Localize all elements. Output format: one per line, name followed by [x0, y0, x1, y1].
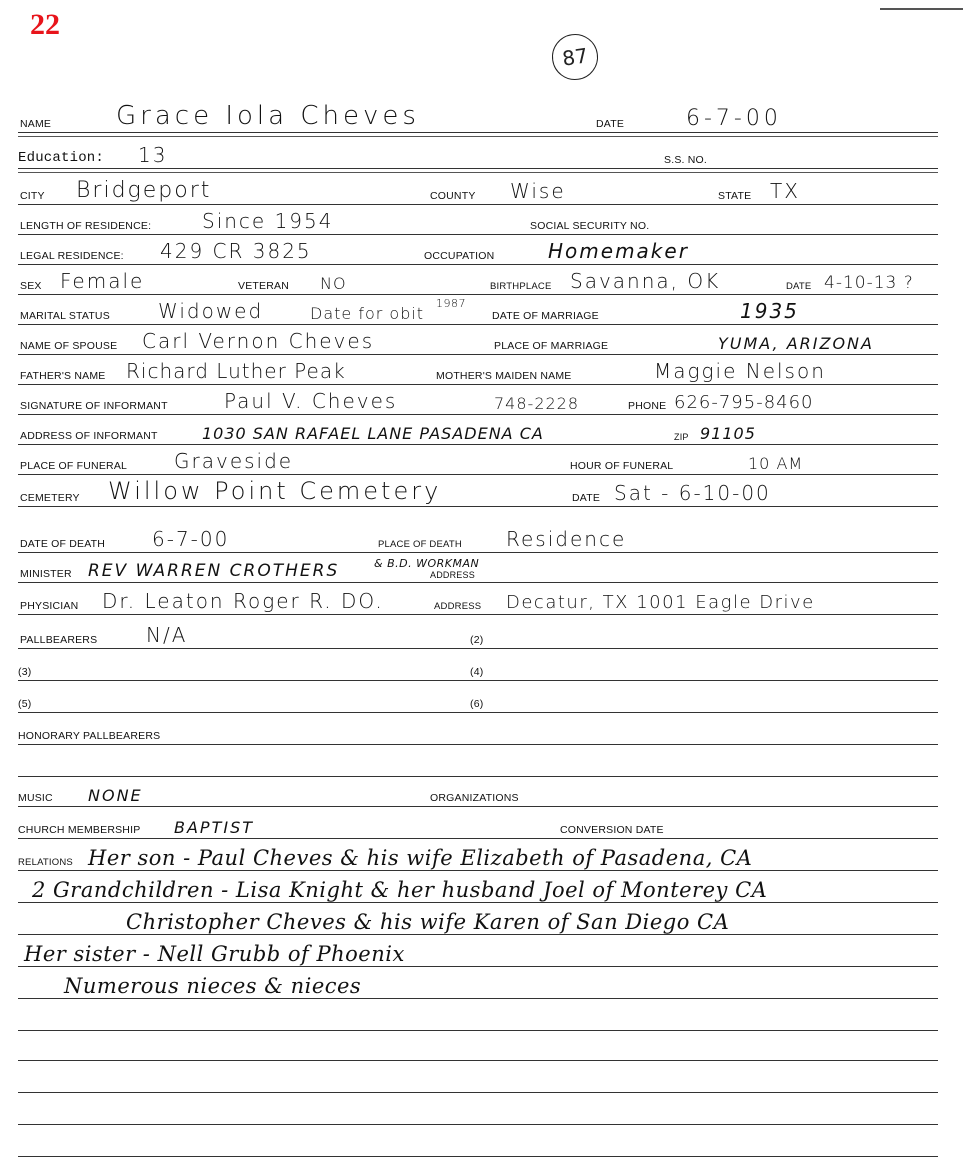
place-of-funeral-label: PLACE OF FUNERAL [20, 460, 127, 472]
organizations-label: ORGANIZATIONS [430, 792, 519, 804]
date-label: DATE [596, 118, 624, 130]
row-spouse: NAME OF SPOUSE Carl Vernon Cheves PLACE … [18, 326, 938, 355]
minister-address-label: ADDRESS [430, 570, 475, 580]
ss-no-label: S.S. NO. [664, 154, 707, 166]
informant-extra-phone: 748-2228 [494, 394, 579, 413]
relations-line-5[interactable]: Numerous nieces & nieces [64, 974, 361, 998]
education-field[interactable]: 13 [138, 143, 167, 167]
place-of-death-label: PLACE OF DEATH [378, 539, 462, 550]
social-security-label: SOCIAL SECURITY NO. [530, 220, 649, 232]
marital-status-field[interactable]: Widowed [158, 299, 263, 323]
place-of-funeral-field[interactable]: Graveside [174, 449, 293, 473]
spouse-label: NAME OF SPOUSE [20, 340, 117, 352]
pallbearer-4-label: (4) [470, 666, 483, 678]
relations-label: RELATIONS [18, 857, 73, 868]
pallbearer-1-field[interactable]: N/A [146, 623, 187, 647]
pallbearer-6-label: (6) [470, 698, 483, 710]
circled-record-number: 87 [549, 31, 601, 83]
pallbearer-3-label: (3) [18, 666, 31, 678]
row-name: NAME Grace Iola Cheves DATE 6-7-00 [18, 104, 938, 133]
name-field[interactable]: Grace Iola Cheves [116, 101, 420, 131]
place-of-death-field[interactable]: Residence [506, 527, 626, 551]
row-relations-2: 2 Grandchildren - Lisa Knight & her husb… [18, 874, 938, 903]
length-of-residence-field[interactable]: Since 1954 [202, 209, 333, 233]
education-label: Education: [18, 150, 104, 166]
city-field[interactable]: Bridgeport [76, 178, 211, 203]
row-pallbearers: PALLBEARERS N/A (2) [18, 620, 938, 649]
spouse-field[interactable]: Carl Vernon Cheves [142, 329, 374, 353]
minister-field[interactable]: Rev Warren Crothers [88, 561, 339, 581]
row-length-of-residence: LENGTH OF RESIDENCE: Since 1954 SOCIAL S… [18, 206, 938, 235]
blank-line[interactable] [18, 1060, 938, 1061]
date-of-death-label: DATE OF DEATH [20, 538, 105, 550]
row-legal-residence: LEGAL RESIDENCE: 429 CR 3825 OCCUPATION … [18, 236, 938, 265]
veteran-field[interactable]: NO [320, 274, 347, 293]
row-relations-3: Christopher Cheves & his wife Karen of S… [18, 906, 938, 935]
row-pallbearers-5-6: (5) (6) [18, 684, 938, 713]
date-of-death-field[interactable]: 6-7-00 [152, 527, 229, 551]
row-pallbearers-3-4: (3) (4) [18, 652, 938, 681]
music-field[interactable]: None [88, 786, 143, 805]
pallbearer-5-label: (5) [18, 698, 31, 710]
birth-date-label: DATE [786, 281, 811, 292]
scan-edge-mark [880, 8, 963, 10]
sex-field[interactable]: Female [60, 269, 144, 293]
zip-label: ZIP [674, 432, 689, 442]
row-physician: PHYSICIAN Dr. Leaton Roger R. DO. ADDRES… [18, 586, 938, 615]
occupation-field[interactable]: Homemaker [548, 239, 689, 263]
birth-date-field[interactable]: 4-10-13 ? [824, 273, 914, 293]
row-cemetery: CEMETERY Willow Point Cemetery DATE Sat … [18, 478, 938, 507]
row-minister: MINISTER Rev Warren Crothers & B.D. Work… [18, 554, 938, 583]
marital-status-note: Date for obit [310, 304, 424, 323]
name-label: NAME [20, 118, 51, 130]
row-sex: SEX Female VETERAN NO BIRTHPLACE Savanna… [18, 266, 938, 295]
legal-residence-field[interactable]: 429 CR 3825 [160, 239, 312, 263]
birthplace-field[interactable]: Savanna, OK [570, 269, 720, 293]
row-church: CHURCH MEMBERSHIP Baptist CONVERSION DAT… [18, 810, 938, 839]
hour-of-funeral-label: HOUR OF FUNERAL [570, 460, 673, 472]
blank-line[interactable] [18, 1124, 938, 1125]
cemetery-label: CEMETERY [20, 492, 80, 504]
relations-line-2[interactable]: 2 Grandchildren - Lisa Knight & her husb… [32, 878, 767, 902]
minister-extra: & B.D. Workman [374, 557, 479, 570]
mothers-maiden-name-field[interactable]: Maggie Nelson [654, 359, 826, 383]
funeral-date-field[interactable]: Sat - 6-10-00 [614, 481, 771, 505]
hour-of-funeral-field[interactable]: 10 AM [748, 454, 803, 473]
row-informant: SIGNATURE OF INFORMANT Paul V. Cheves 74… [18, 386, 938, 415]
row-relations: RELATIONS Her son - Paul Cheves & his wi… [18, 842, 938, 871]
physician-address-label: ADDRESS [434, 601, 481, 612]
funeral-date-label: DATE [572, 492, 600, 504]
row-relations-5: Numerous nieces & nieces [18, 970, 938, 999]
blank-line[interactable] [18, 1092, 938, 1093]
row-education: Education: 13 S.S. NO. [18, 142, 938, 169]
state-label: STATE [718, 190, 751, 202]
pallbearers-label: PALLBEARERS [20, 634, 97, 646]
row-marital-status: MARITAL STATUS Widowed Date for obit 198… [18, 296, 938, 325]
honorary-pallbearers-line-2[interactable] [18, 776, 938, 777]
place-of-marriage-field[interactable]: Yuma, Arizona [718, 334, 874, 353]
county-label: COUNTY [430, 190, 476, 202]
fathers-name-field[interactable]: Richard Luther Peak [126, 359, 346, 383]
phone-field[interactable]: 626-795-8460 [674, 392, 814, 413]
honorary-pallbearers-label: HONORARY PALLBEARERS [18, 730, 160, 742]
signature-label: SIGNATURE OF INFORMANT [20, 400, 168, 412]
zip-field[interactable]: 91105 [700, 424, 756, 443]
physician-field[interactable]: Dr. Leaton Roger R. DO. [102, 589, 384, 613]
church-membership-field[interactable]: Baptist [174, 818, 254, 837]
mothers-maiden-name-label: MOTHER'S MAIDEN NAME [436, 370, 572, 382]
date-field[interactable]: 6-7-00 [686, 106, 782, 131]
music-label: MUSIC [18, 792, 53, 804]
page-number: 22 [30, 8, 60, 42]
cemetery-field[interactable]: Willow Point Cemetery [108, 477, 441, 505]
row-music: MUSIC None ORGANIZATIONS [18, 778, 938, 807]
date-of-marriage-label: DATE OF MARRIAGE [492, 310, 599, 322]
city-label: CITY [20, 190, 45, 202]
row-relations-4: Her sister - Nell Grubb of Phoenix [18, 938, 938, 967]
row-informant-address: ADDRESS OF INFORMANT 1030 San Rafael Lan… [18, 416, 938, 445]
relations-line-3[interactable]: Christopher Cheves & his wife Karen of S… [126, 910, 729, 934]
phone-label: PHONE [628, 400, 666, 412]
pallbearer-2-label: (2) [470, 634, 483, 646]
date-of-marriage-field[interactable]: 1935 [740, 299, 799, 323]
row-city: CITY Bridgeport COUNTY Wise STATE TX [18, 176, 938, 205]
row-death: DATE OF DEATH 6-7-00 PLACE OF DEATH Resi… [18, 524, 938, 553]
place-of-marriage-label: PLACE OF MARRIAGE [494, 340, 608, 352]
physician-address-field[interactable]: Decatur, TX 1001 Eagle Drive [506, 592, 815, 613]
informant-address-label: ADDRESS OF INFORMANT [20, 430, 158, 442]
relations-line-4[interactable]: Her sister - Nell Grubb of Phoenix [24, 942, 405, 966]
birthplace-label: BIRTHPLACE [490, 281, 551, 292]
veteran-label: VETERAN [238, 280, 289, 292]
minister-label: MINISTER [20, 568, 72, 580]
occupation-label: OCCUPATION [424, 250, 494, 262]
relations-line-1[interactable]: Her son - Paul Cheves & his wife Elizabe… [88, 846, 752, 870]
marital-status-note-year: 1987 [436, 297, 466, 310]
blank-line[interactable] [18, 1156, 938, 1157]
marital-status-label: MARITAL STATUS [20, 310, 110, 322]
length-of-residence-label: LENGTH OF RESIDENCE: [20, 220, 151, 232]
sex-label: SEX [20, 280, 42, 292]
church-membership-label: CHURCH MEMBERSHIP [18, 824, 140, 836]
conversion-date-label: CONVERSION DATE [560, 824, 664, 836]
row-funeral: PLACE OF FUNERAL Graveside HOUR OF FUNER… [18, 446, 938, 475]
state-field[interactable]: TX [770, 179, 800, 203]
physician-label: PHYSICIAN [20, 600, 78, 612]
county-field[interactable]: Wise [510, 179, 566, 203]
fathers-name-label: FATHER'S NAME [20, 370, 106, 382]
informant-address-field[interactable]: 1030 San Rafael Lane Pasadena CA [202, 424, 544, 443]
row-honorary-pallbearers: HONORARY PALLBEARERS [18, 716, 938, 745]
signature-field[interactable]: Paul V. Cheves [224, 389, 397, 413]
row-parents: FATHER'S NAME Richard Luther Peak MOTHER… [18, 356, 938, 385]
legal-residence-label: LEGAL RESIDENCE: [20, 250, 124, 262]
blank-line[interactable] [18, 1030, 938, 1031]
